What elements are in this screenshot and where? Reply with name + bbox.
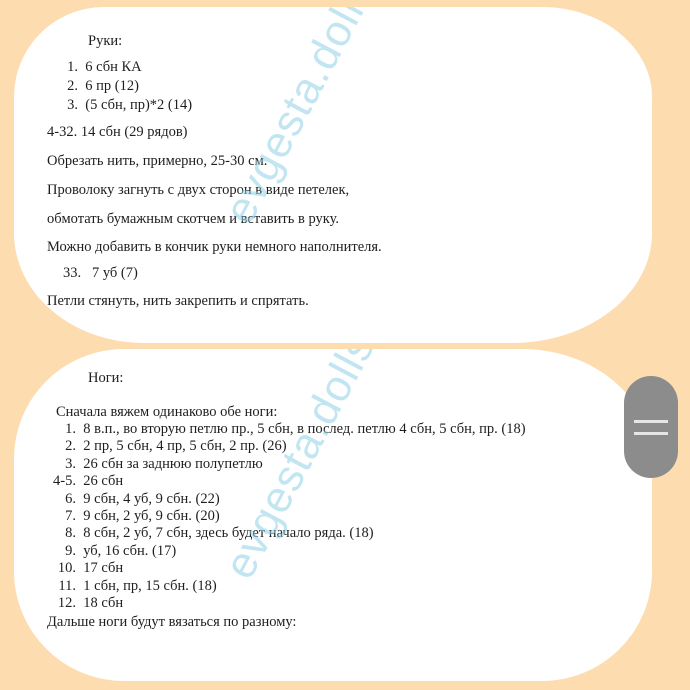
arms-row: 3. (5 сбн, пр)*2 (14) <box>58 97 192 114</box>
legs-intro: Сначала вяжем одинаково обе ноги: <box>56 404 277 421</box>
legs-row: 2. 2 пр, 5 сбн, 4 пр, 5 сбн, 2 пр. (26) <box>42 438 287 455</box>
scroll-handle[interactable] <box>624 376 678 478</box>
legs-row: 7. 9 сбн, 2 уб, 9 сбн. (20) <box>42 508 220 525</box>
arms-paragraph: обмотать бумажным скотчем и вставить в р… <box>47 211 339 228</box>
arms-paragraph: Обрезать нить, примерно, 25-30 см. <box>47 153 267 170</box>
arms-final-row: 33. 7 уб (7) <box>63 265 138 282</box>
arms-row: 1. 6 сбн КА <box>58 59 142 76</box>
legs-row: 12. 18 сбн <box>42 595 123 612</box>
arms-paragraph: Проволоку загнуть с двух сторон в виде п… <box>47 182 349 199</box>
arms-heading: Руки: <box>88 33 122 50</box>
legs-row: 3. 26 сбн за заднюю полупетлю <box>42 456 263 473</box>
legs-row: 8. 8 сбн, 2 уб, 7 сбн, здесь будет начал… <box>42 525 374 542</box>
legs-row: 4-5. 26 сбн <box>42 473 123 490</box>
legs-row: 9. уб, 16 сбн. (17) <box>42 543 176 560</box>
legs-closing: Дальше ноги будут вязаться по разному: <box>47 614 296 631</box>
legs-row: 11. 1 сбн, пр, 15 сбн. (18) <box>42 578 217 595</box>
legs-row: 6. 9 сбн, 4 уб, 9 сбн. (22) <box>42 491 220 508</box>
arms-closing: Петли стянуть, нить закрепить и спрятать… <box>47 293 309 310</box>
legs-row: 10. 17 сбн <box>42 560 123 577</box>
arms-range-row: 4-32. 14 сбн (29 рядов) <box>47 124 188 141</box>
legs-heading: Ноги: <box>88 370 123 387</box>
legs-row: 1. 8 в.п., во вторую петлю пр., 5 сбн, в… <box>42 421 526 438</box>
arms-row: 2. 6 пр (12) <box>58 78 139 95</box>
legs-card: Ноги: Сначала вяжем одинаково обе ноги: … <box>14 349 652 681</box>
arms-paragraph: Можно добавить в кончик руки немного нап… <box>47 239 382 256</box>
arms-card: Руки: 1. 6 сбн КА 2. 6 пр (12) 3. (5 сбн… <box>14 7 652 343</box>
